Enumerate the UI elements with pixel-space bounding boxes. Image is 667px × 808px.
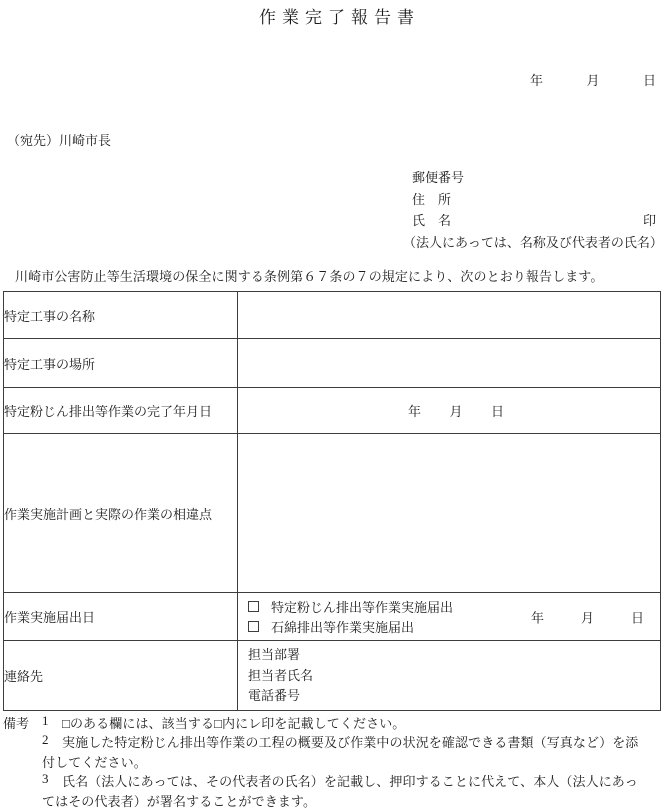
contact-department-label: 担当部署 [248,648,660,662]
table-row: 特定粉じん排出等作業の完了年月日 年 月 日 [4,388,661,434]
note-number: 2 [42,732,49,748]
contact-lines: 担当部署 担当者氏名 電話番号 [238,642,660,710]
name-line: 氏 名 印 [403,210,663,232]
completion-month-label: 月 [449,401,462,420]
row-label-work-location: 特定工事の場所 [4,339,238,388]
notification-day-label: 日 [631,607,644,626]
plan-divergence-input-cell[interactable] [238,434,661,593]
note-number: 3 [42,771,49,787]
sender-block: 郵便番号 住 所 氏 名 印 （法人にあっては、名称及び代表者の氏名） [403,167,663,253]
table-row: 特定工事の名称 [4,292,661,339]
table-row: 特定工事の場所 [4,339,661,388]
header-date: 年 月 日 [530,70,656,89]
notification-date-labels: 年 月 日 [531,607,644,626]
note-line: 備考 1 □のある欄には、該当する□内にレ印を記載してください。 [3,713,665,732]
work-name-input-cell[interactable] [238,292,661,339]
row-label-contact: 連絡先 [4,641,238,711]
work-location-input-cell[interactable] [238,339,661,388]
contact-phone-label: 電話番号 [248,689,660,703]
header-month-label: 月 [586,70,599,89]
work-report-table: 特定工事の名称 特定工事の場所 特定粉じん排出等作業の完了年月日 年 月 日 作… [3,291,661,711]
note-line: 付してください。 [3,752,665,771]
notification-date-input-cell[interactable]: 特定粉じん排出等作業実施届出 石綿排出等作業実施届出 年 月 日 [238,593,661,641]
notification-month-label: 月 [581,607,594,626]
postal-code-label: 郵便番号 [403,167,663,189]
note-text: 氏名（法人にあっては、その代表者の氏名）を記載し、押印することに代えて、本人（法… [62,771,638,790]
note-text: 付してください。 [42,752,147,771]
report-form-page: 作業完了報告書 年 月 日 （宛先）川崎市長 郵便番号 住 所 氏 名 印 （法… [0,0,667,808]
table-row: 作業実施計画と実際の作業の相違点 [4,434,661,593]
address-label: 住 所 [403,189,663,211]
table-row: 連絡先 担当部署 担当者氏名 電話番号 [4,641,661,711]
completion-date-input-cell[interactable]: 年 月 日 [238,388,661,434]
notification-option-label: 特定粉じん排出等作業実施届出 [271,597,453,616]
contact-person-label: 担当者氏名 [248,669,660,683]
note-text: 実施した特定粉じん排出等作業の工程の概要及び作業中の状況を確認できる書類（写真な… [62,732,638,751]
row-label-plan-divergence: 作業実施計画と実際の作業の相違点 [4,434,238,593]
notification-option-label: 石綿排出等作業実施届出 [271,617,414,636]
row-label-work-name: 特定工事の名称 [4,292,238,339]
dust-notification-checkbox[interactable] [248,601,259,612]
row-label-completion-date: 特定粉じん排出等作業の完了年月日 [4,388,238,434]
completion-date-labels: 年 月 日 [408,401,504,420]
intro-text: 川崎市公害防止等生活環境の保全に関する条例第６７条の７の規定により、次のとおり報… [15,266,603,285]
header-year-label: 年 [530,70,543,89]
completion-day-label: 日 [491,401,504,420]
note-number: 1 [42,713,49,729]
note-text: □のある欄には、該当する□内にレ印を記載してください。 [62,713,405,732]
notification-year-label: 年 [531,607,544,626]
row-label-notification-date: 作業実施届出日 [4,593,238,641]
header-day-label: 日 [643,70,656,89]
note-line: 2 実施した特定粉じん排出等作業の工程の概要及び作業中の状況を確認できる書類（写… [3,732,665,751]
notes-section: 備考 1 □のある欄には、該当する□内にレ印を記載してください。 2 実施した特… [3,713,665,808]
completion-year-label: 年 [408,401,421,420]
asbestos-notification-checkbox[interactable] [248,621,259,632]
corporate-name-note: （法人にあっては、名称及び代表者の氏名） [403,232,663,254]
note-line: 3 氏名（法人にあっては、その代表者の氏名）を記載し、押印することに代えて、本人… [3,771,665,790]
note-line: てはその代表者）が署名することができます。 [3,791,665,808]
name-label: 氏 名 [412,213,451,228]
page-title: 作業完了報告書 [0,3,667,28]
note-text: てはその代表者）が署名することができます。 [42,791,316,808]
addressee: （宛先）川崎市長 [7,130,111,149]
seal-label: 印 [643,210,656,232]
table-row: 作業実施届出日 特定粉じん排出等作業実施届出 石綿排出等作業実施届出 年 月 日 [4,593,661,641]
notes-heading: 備考 [3,713,29,732]
contact-input-cell[interactable]: 担当部署 担当者氏名 電話番号 [238,641,661,711]
